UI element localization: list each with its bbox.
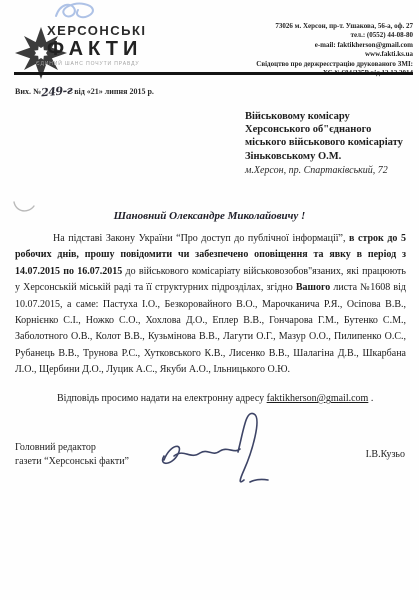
- reply-request-line: Відповідь просимо надати на електронну а…: [15, 393, 406, 404]
- reference-prefix: Вих. №: [15, 87, 41, 96]
- salutation: Шановний Олександре Миколайовичу !: [0, 210, 419, 222]
- reply-email: faktikherson@gmail.com: [267, 393, 369, 404]
- recipient-line4: Зіньковському О.М.: [245, 150, 413, 163]
- scanned-letter-page: ХЕРСОНСЬКІ ФАКТИ ЄДИНИЙ ШАНС ПОЧУТИ ПРАВ…: [0, 0, 419, 600]
- recipient-line3: міського військового комісаріату: [245, 136, 413, 149]
- recipient-line1: Військовому комісару: [245, 110, 413, 123]
- body-vashogo-bold: Вашого: [296, 282, 330, 293]
- handwritten-signature-icon: [150, 408, 280, 498]
- body-paragraph: На підставі Закону України “Про доступ д…: [15, 231, 406, 379]
- contact-registration-line1: Свідоцтво про держреєстрацію друкованого…: [183, 60, 413, 69]
- newspaper-logo: ХЕРСОНСЬКІ ФАКТИ: [47, 23, 147, 61]
- recipient-line2: Херсонського об"єднаного: [245, 123, 413, 136]
- pen-scribble-mark: [50, 0, 102, 24]
- header-contact-block: 73026 м. Херсон, пр-т. Ушакова, 56-а, оф…: [183, 22, 413, 78]
- reply-request-text: Відповідь просимо надати на електронну а…: [57, 393, 267, 404]
- body-part1: На підставі Закону України “Про доступ д…: [53, 233, 349, 244]
- reply-period: .: [368, 393, 373, 404]
- outgoing-reference-line: Вих. №249-г від «21» липня 2015 р.: [15, 84, 154, 97]
- signer-name: І.В.Кузьо: [366, 449, 405, 460]
- contact-website: www.fakti.ks.ua: [183, 50, 413, 59]
- logo-tagline: ЄДИНИЙ ШАНС ПОЧУТИ ПРАВДУ: [36, 61, 139, 67]
- contact-phone: тел.: (0552) 44-08-80: [183, 31, 413, 40]
- handwritten-reference-number: 249-г: [41, 84, 73, 100]
- logo-title-line1: ХЕРСОНСЬКІ: [47, 23, 147, 38]
- logo-title-line2: ФАКТИ: [47, 38, 147, 61]
- contact-email: e-mail: faktikherson@gmail.com: [183, 41, 413, 50]
- reference-date: від «21» липня 2015 р.: [72, 87, 154, 96]
- header-divider-rule: [14, 72, 413, 75]
- recipient-block: Військовому комісару Херсонського об"єдн…: [245, 110, 413, 163]
- body-names-list: листа №1608 від 10.07.2015, а саме: Паст…: [15, 282, 406, 375]
- contact-address: 73026 м. Херсон, пр-т. Ушакова, 56-а, оф…: [183, 22, 413, 31]
- recipient-address: м.Херсон, пр. Спартаківський, 72: [245, 165, 413, 176]
